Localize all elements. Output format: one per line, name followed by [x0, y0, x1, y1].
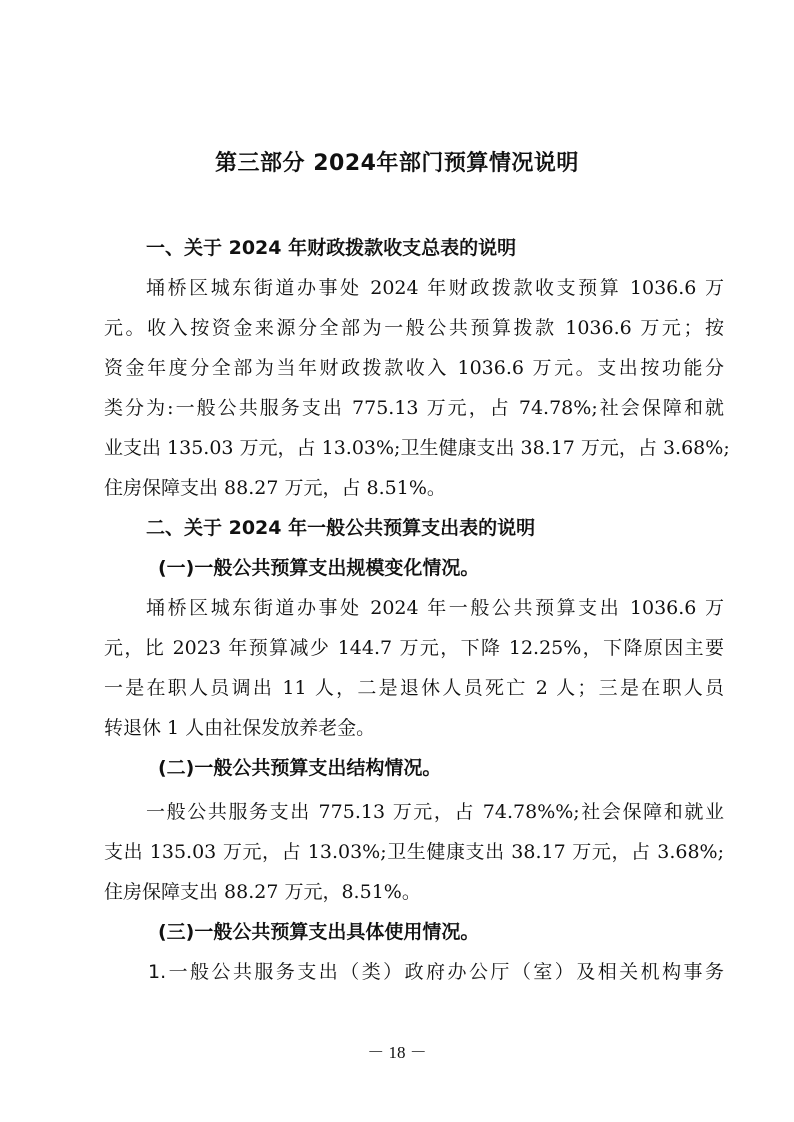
list-item-heading: 1.一般公共服务支出（类）政府办公厅（室）及相关机构事务: [148, 952, 724, 992]
paragraph-line: 埇桥区城东街道办事处 2024 年财政拨款收支预算 1036.6 万: [146, 268, 724, 308]
document-page: 第三部分 2024年部门预算情况说明 一、关于 2024 年财政拨款收支总表的说…: [0, 0, 794, 1122]
subsection-3-heading: (三)一般公共预算支出具体使用情况。: [158, 912, 778, 952]
paragraph-line: 一是在职人员调出 11 人，二是退休人员死亡 2 人；三是在职人员: [104, 668, 724, 708]
paragraph-line: 住房保障支出 88.27 万元，占 8.51%。: [104, 468, 724, 508]
paragraph-line: 住房保障支出 88.27 万元，8.51%。: [104, 872, 724, 912]
paragraph-line: 元。收入按资金来源分全部为一般公共预算拨款 1036.6 万元；按: [104, 308, 724, 348]
paragraph-line: 埇桥区城东街道办事处 2024 年一般公共预算支出 1036.6 万: [146, 588, 724, 628]
page-title: 第三部分 2024年部门预算情况说明: [0, 146, 794, 177]
paragraph-line: 支出 135.03 万元，占 13.03%;卫生健康支出 38.17 万元，占 …: [104, 832, 724, 872]
paragraph-line: 类分为:一般公共服务支出 775.13 万元，占 74.78%;社会保障和就: [104, 388, 724, 428]
paragraph-line: 元，比 2023 年预算减少 144.7 万元，下降 12.25%，下降原因主要: [104, 628, 724, 668]
section-1-heading: 一、关于 2024 年财政拨款收支总表的说明: [146, 228, 724, 268]
page-number: － 18 －: [0, 1038, 794, 1063]
subsection-2-heading: (二)一般公共预算支出结构情况。: [158, 748, 778, 788]
paragraph-line: 业支出 135.03 万元，占 13.03%;卫生健康支出 38.17 万元，占…: [104, 428, 724, 468]
subsection-1-heading: (一)一般公共预算支出规模变化情况。: [158, 548, 778, 588]
section-2-heading: 二、关于 2024 年一般公共预算支出表的说明: [146, 508, 724, 548]
paragraph-line: 一般公共服务支出 775.13 万元，占 74.78%%;社会保障和就业: [146, 792, 724, 832]
paragraph-line: 资金年度分全部为当年财政拨款收入 1036.6 万元。支出按功能分: [104, 348, 724, 388]
paragraph-line: 转退休 1 人由社保发放养老金。: [104, 708, 724, 748]
